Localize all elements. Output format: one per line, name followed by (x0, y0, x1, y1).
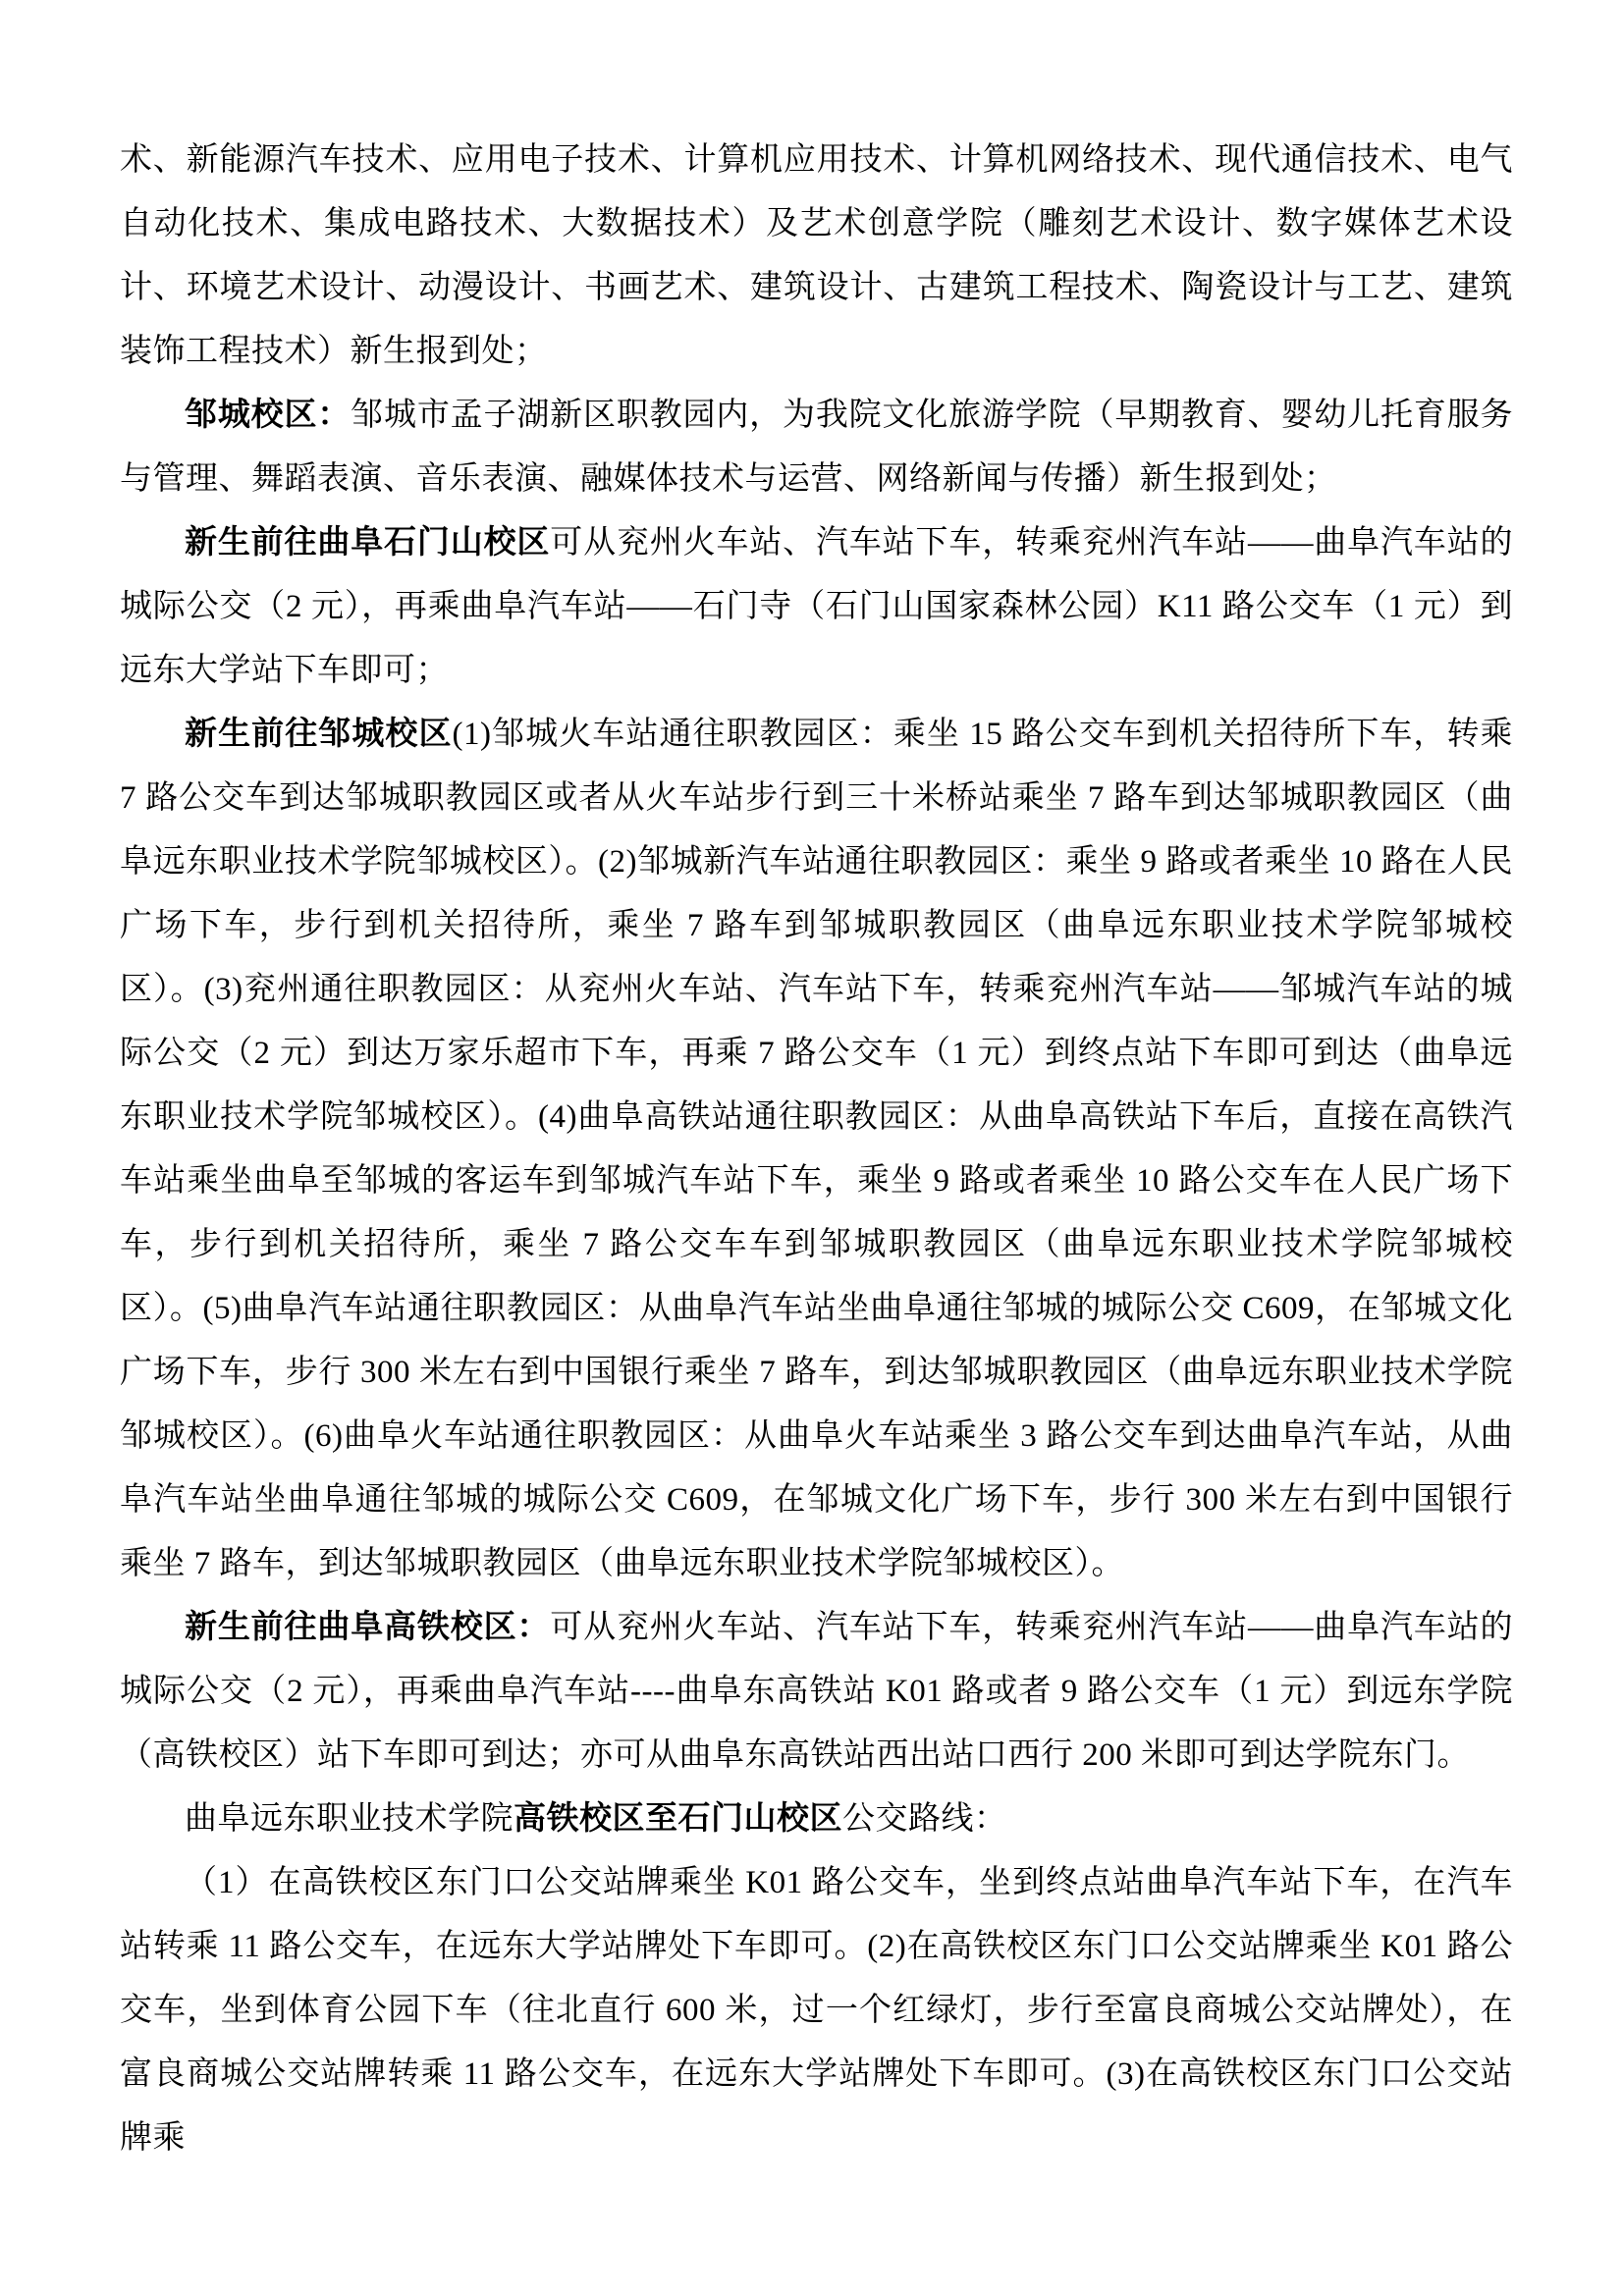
bold-heading-route-gaotie: 新生前往曲阜高铁校区： (185, 1610, 550, 1645)
bold-heading-zoucheng-campus: 邹城校区： (185, 398, 351, 433)
paragraph-report-locations-continued: 术、新能源汽车技术、应用电子技术、计算机应用技术、计算机网络技术、现代通信技术、… (120, 129, 1513, 384)
paragraph-route-zoucheng: 新生前往邹城校区(1)邹城火车站通往职教园区：乘坐 15 路公交车到机关招待所下… (120, 703, 1513, 1596)
bold-heading-route-shimenshan: 新生前往曲阜石门山校区 (185, 525, 550, 561)
paragraph-bus-route-details: （1）在高铁校区东门口公交站牌乘坐 K01 路公交车，坐到终点站曲阜汽车站下车，… (120, 1851, 1513, 2170)
text-run: 曲阜远东职业技术学院 (185, 1801, 514, 1837)
document-page: 术、新能源汽车技术、应用电子技术、计算机应用技术、计算机网络技术、现代通信技术、… (0, 0, 1623, 2296)
text-run: 公交路线： (842, 1801, 1007, 1837)
paragraph-bus-route-heading: 曲阜远东职业技术学院高铁校区至石门山校区公交路线： (120, 1788, 1513, 1851)
paragraph-route-shimenshan: 新生前往曲阜石门山校区可从兖州火车站、汽车站下车，转乘兖州汽车站——曲阜汽车站的… (120, 511, 1513, 703)
text-run: （1）在高铁校区东门口公交站牌乘坐 K01 路公交车，坐到终点站曲阜汽车站下车，… (120, 1865, 1513, 2156)
paragraph-route-gaotie: 新生前往曲阜高铁校区：可从兖州火车站、汽车站下车，转乘兖州汽车站——曲阜汽车站的… (120, 1596, 1513, 1788)
bold-heading-route-zoucheng: 新生前往邹城校区 (185, 717, 453, 752)
text-run: 术、新能源汽车技术、应用电子技术、计算机应用技术、计算机网络技术、现代通信技术、… (120, 142, 1513, 369)
bold-heading-campus-to-campus: 高铁校区至石门山校区 (514, 1801, 842, 1837)
text-run: (1)邹城火车站通往职教园区：乘坐 15 路公交车到机关招待所下车，转乘 7 路… (120, 717, 1513, 1581)
paragraph-zoucheng-campus: 邹城校区：邹城市孟子湖新区职教园内，为我院文化旅游学院（早期教育、婴幼儿托育服务… (120, 384, 1513, 511)
